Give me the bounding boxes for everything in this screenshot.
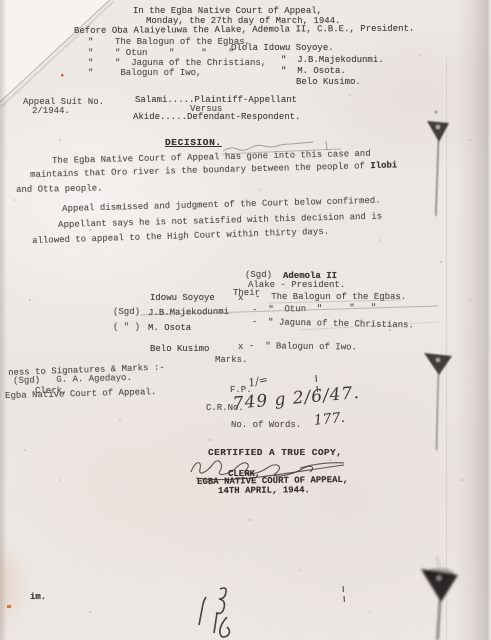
panel-row-balogun-egbas: " The Balogun of the Egbas, — [88, 37, 250, 47]
signatory-title: - " Balogun of Iwo. — [249, 341, 357, 353]
panel-row-jaguna: " " Jaguna of the Christians, — [88, 58, 266, 68]
signatory-name: J.B.Majekodunmi — [148, 307, 229, 318]
decision-para3-line2: allowed to appeal to the High Court with… — [32, 227, 329, 246]
signatory-name: Idowu Soyoye — [150, 293, 215, 303]
handwritten-bottom-marks — [199, 588, 230, 637]
signatory-sgd: ( " ) — [113, 322, 140, 332]
panel-name-osota: " M. Osota. — [281, 66, 346, 76]
left-crease-stain — [0, 538, 44, 634]
place-name-ilobi: Ilobi — [370, 160, 397, 171]
decision-para2: Appeal dismissed and judgment of the Cou… — [62, 196, 381, 214]
signatory-title: - The Balogun of the Egbas. — [255, 292, 406, 302]
witness-court-line: Egba Native Court of Appeal. — [5, 387, 156, 401]
scanned-court-document: In the Egba Native Court of Appeal, Mond… — [0, 0, 491, 640]
binding-pin-middle — [424, 353, 452, 450]
signatory-mark: x — [238, 293, 243, 303]
certification-date-line: 14TH APRIL, 1944. — [218, 485, 310, 496]
signatory-title: - " Jaguna of the Christians. — [252, 317, 414, 330]
signatory-name: Belo Kusimo — [150, 344, 209, 354]
appeal-suit-number: 2/1944. — [32, 106, 70, 116]
binding-pin-bottom — [421, 556, 458, 640]
binding-pin-top — [427, 111, 449, 216]
page-right-edge-shadow — [455, 0, 491, 640]
panel-name-majekodunmi: " J.B.Majekodunmi. — [281, 55, 384, 65]
president-line: Before Oba Alaiyeluwa the Alake, Ademola… — [74, 24, 414, 36]
certified-true-copy-line: CERTIFIED A TRUE COPY, — [208, 448, 342, 458]
decision-para3-line1: Appellant says he is not satisfied with … — [58, 212, 382, 230]
fp-value-handwritten: 1/= — [247, 373, 269, 390]
word-count-handwritten: 177. — [313, 410, 346, 429]
signatory-mark: x — [238, 342, 243, 352]
decision-para1-line3: and Otta people. — [16, 183, 103, 195]
president-signature-title: Alake - President. — [248, 280, 345, 290]
president-sgd: (Sgd) — [245, 270, 272, 280]
word-count-label: No. of Words. — [231, 420, 301, 430]
signatory-name: M. Osota — [148, 323, 191, 333]
witness-clerk-name: (Sgd) G. A. Agedayo. — [13, 373, 132, 386]
marks-label: Marks. — [215, 355, 247, 365]
panel-name-soyoye: Olola Idowu Soyoye. — [231, 43, 334, 53]
signatory-sgd: (Sgd) — [113, 307, 140, 317]
panel-row-balogun-iwo: " Balogun of Iwo, — [88, 68, 201, 78]
margin-note: im. — [30, 592, 46, 602]
decision-heading: DECISION. — [165, 138, 222, 148]
court-name-line: In the Egba Native Court of Appeal, — [133, 6, 322, 16]
red-speck — [61, 74, 64, 77]
respondent-line: Akide.....Defendant-Respondent. — [133, 112, 300, 122]
signatory-title: - " Otun " " " — [252, 303, 376, 315]
panel-name-kusimo: Belo Kusimo. — [296, 77, 361, 87]
panel-row-otun: " " Otun " " " — [88, 48, 234, 58]
